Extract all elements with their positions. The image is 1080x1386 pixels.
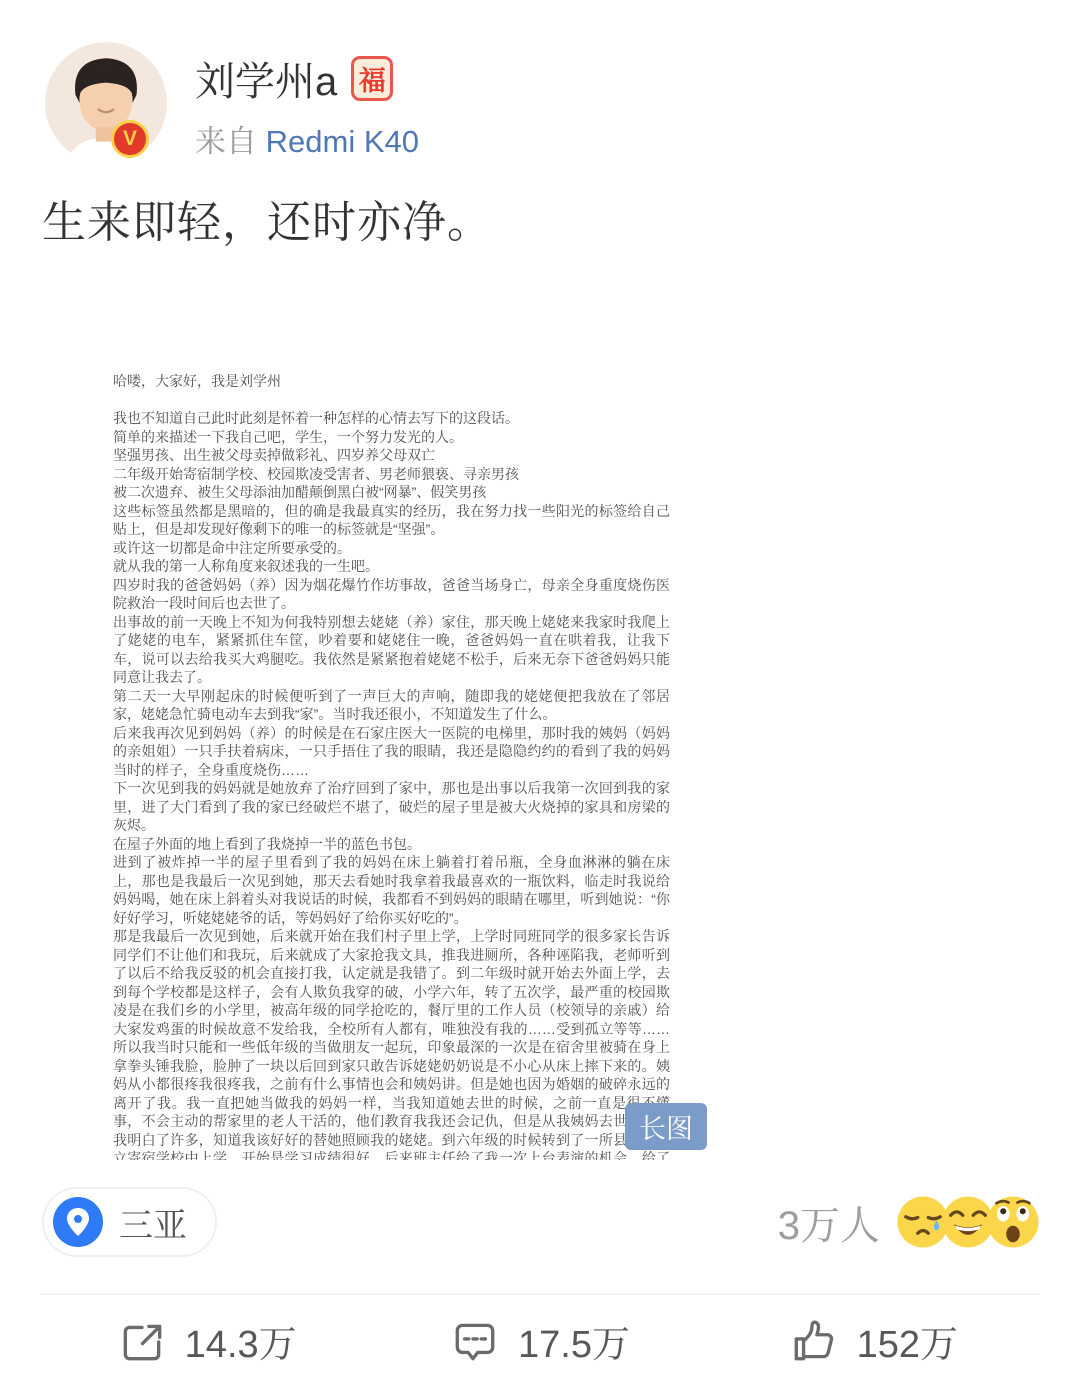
long-image-badge: 长图	[625, 1103, 707, 1150]
repost-count: 14.3万	[185, 1313, 297, 1368]
repost-icon	[117, 1316, 167, 1366]
name-row: 刘学州a 福	[195, 52, 393, 104]
post-source: 来自 Redmi K40	[195, 116, 419, 161]
emoji-scrunched-cry-icon	[896, 1195, 950, 1249]
source-device-link[interactable]: Redmi K40	[266, 124, 419, 159]
repost-button[interactable]: 14.3万	[40, 1313, 373, 1368]
like-button[interactable]: 152万	[707, 1313, 1040, 1368]
comment-button[interactable]: 17.5万	[373, 1313, 706, 1368]
comment-count: 17.5万	[518, 1313, 630, 1368]
source-prefix: 来自	[195, 124, 266, 159]
location-pill[interactable]: 三亚	[42, 1187, 217, 1257]
long-image[interactable]: 哈喽，大家好，我是刘学州 我也不知道自己此时此刻是怀着一种怎样的心情去写下的这段…	[42, 322, 709, 1160]
emoji-stack	[896, 1195, 1040, 1249]
location-pin-icon	[53, 1197, 103, 1247]
letter-text: 哈喽，大家好，我是刘学州 我也不知道自己此时此刻是怀着一种怎样的心情去写下的这段…	[113, 372, 670, 1160]
footer-row: 三亚 3万人	[42, 1186, 1040, 1258]
username[interactable]: 刘学州a	[195, 50, 337, 107]
verified-v-icon: V	[111, 120, 149, 158]
post-text: 生来即轻，还时亦净。	[42, 186, 492, 250]
thumbs-up-icon	[789, 1316, 839, 1366]
action-bar: 14.3万 17.5万 152万	[40, 1293, 1040, 1386]
avatar[interactable]	[45, 42, 167, 164]
comment-icon	[450, 1316, 500, 1366]
like-count: 152万	[857, 1313, 958, 1368]
reactions-count: 3万人	[778, 1194, 880, 1251]
avatar-wrap: V	[45, 42, 167, 164]
fu-blessing-badge-icon: 福	[351, 56, 393, 101]
reactions-summary[interactable]: 3万人	[778, 1194, 1040, 1251]
location-label: 三亚	[119, 1198, 187, 1247]
weibo-post-card: V 刘学州a 福 来自 Redmi K40 生来即轻，还时亦净。 哈喽，大家好，…	[0, 0, 1080, 1386]
